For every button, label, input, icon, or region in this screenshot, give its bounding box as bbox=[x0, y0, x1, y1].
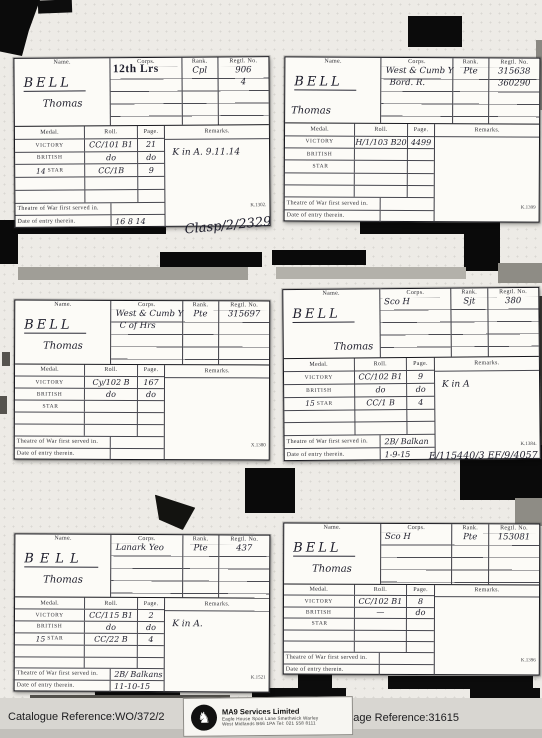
corps-value-1: West & Cumb Y bbox=[386, 66, 454, 76]
regimental-number-field: Regtl. No. 315697 bbox=[219, 301, 269, 364]
victory-roll-value: CC/102 B1 bbox=[359, 372, 403, 381]
star-prefix-value: 14 bbox=[36, 166, 46, 175]
map-services-logo: ♞ MA9 Services Limited Eagle House Spon … bbox=[183, 696, 353, 737]
victory-page-value: 21 bbox=[146, 140, 156, 149]
british-roll-value: — bbox=[376, 608, 384, 617]
corps-field: Corps. West & Cumb Y Bord. R. bbox=[381, 58, 453, 124]
victory-label: VICTORY bbox=[305, 374, 333, 380]
british-roll-value: do bbox=[106, 153, 116, 162]
date-entry-label: Date of entry therein. bbox=[18, 218, 76, 225]
star-page-value: 4 bbox=[418, 398, 423, 407]
medal-table: Medal. Roll. Page. VICTORY CC/101 B1 21 … bbox=[15, 126, 166, 228]
regtl-no-label: Regtl. No. bbox=[219, 302, 269, 309]
name-field: Name. BELL Thomas bbox=[284, 524, 381, 584]
remarks-label: Remarks. bbox=[474, 360, 499, 367]
theatre-of-war-row: Theatre of War first served in. bbox=[285, 198, 434, 211]
corps-label: Corps. bbox=[382, 59, 452, 66]
victory-medal-row: VICTORY Cy/102 B 167 bbox=[15, 377, 164, 389]
date-entry-value: 11-10-15 bbox=[114, 682, 150, 691]
remarks-column: Remarks. K in A E/115440/3 EF/9/4057 K.1… bbox=[435, 357, 540, 460]
logo-text: MA9 Services Limited Eagle House Spon La… bbox=[222, 706, 352, 726]
date-of-entry-row: Date of entry therein. bbox=[284, 664, 434, 675]
medal-section: Medal. Roll. Page. VICTORY H/1/103 B20 4… bbox=[285, 124, 540, 223]
british-label: BRITISH bbox=[307, 151, 333, 157]
page-label: Page. bbox=[144, 367, 159, 374]
scan-artifact bbox=[18, 267, 248, 280]
date-of-entry-row: Date of entry therein. bbox=[285, 210, 434, 222]
date-entry-label: Date of entry therein. bbox=[286, 666, 344, 673]
british-label: BRITISH bbox=[37, 155, 63, 161]
rank-label: Rank. bbox=[453, 525, 488, 532]
victory-medal-row: VICTORY H/1/103 B20 4499 bbox=[285, 136, 434, 149]
victory-label: VICTORY bbox=[35, 379, 63, 385]
blank-row bbox=[15, 177, 164, 191]
name-label: Name. bbox=[15, 535, 110, 542]
scan-artifact bbox=[272, 250, 366, 265]
victory-roll-value: CC/102 B1 bbox=[358, 597, 402, 606]
scan-artifact bbox=[276, 267, 466, 279]
star-label: STAR bbox=[47, 636, 63, 642]
date-entry-label: Date of entry therein. bbox=[287, 212, 345, 219]
british-label: BRITISH bbox=[37, 391, 63, 397]
star-roll-value: CC/22 B bbox=[94, 635, 128, 644]
british-label: BRITISH bbox=[37, 624, 63, 630]
rank-label: Rank. bbox=[452, 289, 487, 296]
page-label: Page. bbox=[144, 129, 159, 136]
victory-page-value: 167 bbox=[143, 378, 158, 387]
star-page-value: 9 bbox=[149, 166, 154, 175]
victory-label: VICTORY bbox=[305, 139, 333, 145]
remarks-label: Remarks. bbox=[474, 588, 499, 595]
regimental-number-field: Regtl. No. 906 4 bbox=[218, 57, 269, 125]
page-label: Page. bbox=[413, 587, 428, 594]
star-label: STAR bbox=[48, 168, 64, 174]
blank-row bbox=[15, 425, 164, 437]
blank-row bbox=[15, 413, 164, 425]
card-print-code: K.1384. bbox=[520, 442, 536, 447]
medal-table: Medal. Roll. Page. VICTORY CC/115 B1 2 B… bbox=[15, 598, 166, 692]
british-medal-row: BRITISH do do bbox=[15, 389, 164, 401]
name-field: Name. BELL Thomas bbox=[15, 534, 112, 597]
date-entry-label: Date of entry therein. bbox=[17, 683, 75, 690]
corps-label: Corps. bbox=[112, 536, 182, 543]
forename-value: Thomas bbox=[334, 341, 374, 352]
page-label: Page. bbox=[144, 601, 159, 608]
card-header: Name. BELL Thomas Corps. West & Cumb Y C… bbox=[15, 301, 269, 366]
british-page-value: do bbox=[146, 153, 156, 162]
medal-table: Medal. Roll. Page. VICTORY CC/102 B1 9 B… bbox=[284, 358, 436, 461]
rank-field: Rank. Pte bbox=[453, 58, 489, 123]
name-field: Name. BELL Thomas bbox=[14, 58, 111, 126]
surname-value: BELL bbox=[24, 551, 98, 567]
medal-index-card: Name. BELL Thomas Corps. Sco H Rank. Pte… bbox=[283, 523, 541, 676]
name-field: Name. BELL Thomas bbox=[285, 57, 382, 123]
remarks-value: K in A. 9.11.14 bbox=[172, 147, 240, 157]
card-print-code: X.1380 bbox=[251, 443, 266, 448]
surname-value: BELL bbox=[292, 306, 354, 323]
medal-table: Medal. Roll. Page. VICTORY H/1/103 B20 4… bbox=[285, 124, 436, 223]
remarks-label: Remarks. bbox=[475, 127, 500, 134]
company-address-line2: West Midlands B66 1PA Tel: 021 558 8111 bbox=[222, 720, 352, 726]
date-of-entry-row: Date of entry therein. 16 8 14 bbox=[16, 215, 165, 228]
roll-label: Roll. bbox=[374, 126, 387, 133]
corps-field: Corps. Sco H bbox=[380, 289, 452, 358]
regtl-no-value-2: 4 bbox=[218, 77, 268, 87]
british-page-value: do bbox=[146, 623, 156, 632]
forename-value: Thomas bbox=[43, 341, 83, 352]
scan-artifact bbox=[515, 498, 542, 526]
date-of-entry-row: Date of entry therein. 11-10-15 bbox=[15, 681, 164, 693]
surname-value: BELL bbox=[293, 541, 355, 557]
blank-row bbox=[15, 190, 164, 204]
victory-medal-row: VICTORY CC/101 B1 21 bbox=[15, 139, 164, 153]
medal-index-card: Name. BELL Thomas Corps. West & Cumb Y C… bbox=[14, 300, 271, 461]
medal-table-header: Medal. Roll. Page. bbox=[15, 598, 164, 611]
victory-roll-value: CC/115 B1 bbox=[89, 611, 133, 620]
surname-value: BELL bbox=[24, 75, 86, 91]
date-of-entry-row: Date of entry therein. 1-9-15 bbox=[285, 448, 435, 461]
theatre-label: Theatre of War first served in. bbox=[17, 671, 98, 678]
theatre-label: Theatre of War first served in. bbox=[286, 655, 367, 662]
star-label: STAR bbox=[317, 400, 333, 406]
medal-label: Medal. bbox=[309, 361, 328, 368]
victory-roll-value: Cy/102 B bbox=[92, 378, 129, 387]
theatre-label: Theatre of War first served in. bbox=[287, 200, 368, 207]
corps-value-2: Bord. R. bbox=[390, 78, 425, 88]
name-field: Name. BELL Thomas bbox=[283, 289, 380, 358]
star-medal-row: 15STAR CC/22 B 4 bbox=[15, 633, 164, 646]
extra-annotation: E/115440/3 EF/9/4057 bbox=[429, 450, 538, 462]
rank-value: Pte bbox=[453, 66, 488, 76]
rank-label: Rank. bbox=[453, 59, 488, 66]
remarks-value: K in A bbox=[442, 379, 470, 389]
card-print-code: K.1302. bbox=[250, 203, 266, 208]
image-reference: Image Reference:31615 bbox=[341, 712, 459, 724]
corps-value-1: West & Cumb Y bbox=[116, 309, 184, 319]
regtl-no-label: Regtl. No. bbox=[218, 58, 268, 65]
forename-value: Thomas bbox=[43, 98, 83, 109]
card-header: Name. BELL Thomas Corps. West & Cumb Y B… bbox=[285, 57, 539, 125]
medal-label: Medal. bbox=[310, 126, 329, 133]
regtl-no-value-1: 380 bbox=[488, 296, 538, 306]
medal-section: Medal. Roll. Page. VICTORY CC/115 B1 2 B… bbox=[15, 598, 269, 693]
medal-index-card: Name. BELL Thomas Corps. Sco H Rank. Sjt… bbox=[282, 287, 540, 461]
british-page-value: do bbox=[416, 385, 426, 394]
british-roll-value: do bbox=[106, 390, 116, 399]
remarks-column: Remarks. K.1399 bbox=[435, 124, 539, 222]
scan-artifact bbox=[2, 352, 10, 366]
medal-label: Medal. bbox=[40, 367, 59, 374]
corps-label: Corps. bbox=[380, 290, 451, 297]
victory-page-value: 2 bbox=[148, 611, 153, 620]
rank-value: Pte bbox=[453, 532, 488, 542]
medal-table-header: Medal. Roll. Page. bbox=[285, 124, 434, 137]
rank-field: Rank. Sjt bbox=[452, 288, 489, 356]
star-medal-row: 15STAR CC/1 B 4 bbox=[284, 396, 434, 410]
roll-label: Roll. bbox=[104, 367, 117, 374]
corps-field: Corps. Sco H bbox=[381, 524, 453, 584]
regimental-number-field: Regtl. No. 437 bbox=[219, 535, 270, 598]
corps-value-1: Lanark Yeo bbox=[116, 543, 164, 553]
rank-value: Cpl bbox=[182, 65, 217, 75]
scan-artifact bbox=[408, 16, 462, 47]
star-roll-value: CC/1B bbox=[98, 166, 124, 175]
date-entry-value: 16 8 14 bbox=[115, 217, 146, 226]
date-of-entry-row: Date of entry therein. bbox=[15, 449, 164, 460]
theatre-of-war-row: Theatre of War first served in. 2B/ Balk… bbox=[15, 669, 164, 682]
name-label: Name. bbox=[285, 58, 380, 65]
theatre-label: Theatre of War first served in. bbox=[17, 439, 98, 446]
scan-artifact bbox=[245, 468, 295, 513]
blank-row bbox=[285, 185, 434, 198]
page-label: Page. bbox=[414, 127, 429, 134]
roll-label: Roll. bbox=[104, 129, 117, 136]
remarks-column: Remarks. K.1396 bbox=[435, 585, 539, 675]
surname-value: BELL bbox=[24, 318, 86, 334]
corps-label: Corps. bbox=[112, 302, 182, 309]
corps-value-2: C of Hrs bbox=[120, 321, 156, 331]
medal-table-header: Medal. Roll. Page. bbox=[284, 585, 434, 597]
remarks-label: Remarks. bbox=[205, 601, 230, 608]
theatre-value: 2B/ Balkans bbox=[114, 670, 162, 679]
medal-index-card: Name. BELL Thomas Corps. West & Cumb Y B… bbox=[284, 56, 541, 222]
name-label: Name. bbox=[14, 59, 109, 66]
medal-table-header: Medal. Roll. Page. bbox=[284, 358, 434, 372]
british-medal-row: BRITISH — do bbox=[284, 607, 434, 619]
remarks-label: Remarks. bbox=[204, 129, 229, 136]
victory-page-value: 4499 bbox=[411, 138, 431, 147]
date-entry-label: Date of entry therein. bbox=[17, 451, 75, 458]
british-page-value: do bbox=[416, 608, 426, 617]
british-medal-row: BRITISH bbox=[285, 148, 434, 161]
blank-row bbox=[284, 409, 434, 423]
remarks-value: K in A. bbox=[172, 619, 203, 629]
medal-label: Medal. bbox=[40, 600, 59, 607]
rank-field: Rank. Pte bbox=[183, 301, 219, 364]
remarks-label: Remarks. bbox=[205, 368, 230, 375]
british-medal-row: BRITISH do do bbox=[284, 384, 434, 398]
medal-index-card: Name. BELL Thomas Corps. 12th Lrs Rank. … bbox=[13, 56, 270, 228]
british-roll-value: do bbox=[376, 385, 386, 394]
blank-row bbox=[285, 173, 434, 186]
medal-table-header: Medal. Roll. Page. bbox=[15, 365, 164, 377]
date-entry-label: Date of entry therein. bbox=[287, 451, 345, 458]
british-roll-value: do bbox=[106, 623, 116, 632]
name-label: Name. bbox=[15, 302, 110, 309]
medal-table-header: Medal. Roll. Page. bbox=[15, 126, 164, 140]
corps-field: Corps. 12th Lrs bbox=[111, 58, 183, 126]
medal-section: Medal. Roll. Page. VICTORY Cy/102 B 167 … bbox=[15, 365, 269, 461]
victory-medal-row: VICTORY CC/102 B1 9 bbox=[284, 371, 434, 385]
regtl-no-value-1: 315638 bbox=[489, 66, 539, 76]
regtl-no-label: Regtl. No. bbox=[489, 59, 539, 66]
blank-row bbox=[284, 641, 434, 653]
medal-label: Medal. bbox=[40, 129, 59, 136]
star-medal-row: STAR bbox=[285, 161, 434, 174]
british-label: BRITISH bbox=[306, 610, 332, 616]
scan-artifact bbox=[360, 221, 468, 234]
roll-label: Roll. bbox=[374, 361, 387, 368]
rank-value: Pte bbox=[183, 309, 218, 319]
star-prefix-value: 15 bbox=[305, 399, 315, 408]
medal-label: Medal. bbox=[309, 587, 328, 594]
medal-table: Medal. Roll. Page. VICTORY CC/102 B1 8 B… bbox=[284, 585, 435, 676]
star-label: STAR bbox=[312, 163, 328, 169]
rank-label: Rank. bbox=[183, 536, 218, 543]
rank-field: Rank. Pte bbox=[183, 535, 219, 598]
regimental-number-field: Regtl. No. 153081 bbox=[489, 524, 540, 584]
british-page-value: do bbox=[146, 390, 156, 399]
regtl-no-label: Regtl. No. bbox=[489, 525, 539, 532]
date-entry-value: 1-9-15 bbox=[385, 450, 411, 459]
rank-field: Rank. Pte bbox=[452, 524, 488, 584]
roll-label: Roll. bbox=[374, 587, 387, 594]
medal-table: Medal. Roll. Page. VICTORY Cy/102 B 167 … bbox=[15, 365, 166, 460]
regtl-no-label: Regtl. No. bbox=[488, 289, 538, 296]
remarks-column: Remarks. K in A. K.1521 bbox=[165, 599, 269, 693]
victory-medal-row: VICTORY CC/115 B1 2 bbox=[15, 610, 164, 623]
regimental-number-field: Regtl. No. 380 bbox=[488, 288, 539, 356]
card-header: Name. BELL Thomas Corps. Lanark Yeo Rank… bbox=[15, 534, 269, 599]
page-label: Page. bbox=[413, 360, 428, 367]
star-label: STAR bbox=[312, 621, 328, 627]
regtl-no-value-1: 153081 bbox=[489, 532, 539, 542]
theatre-value: 2B/ Balkan bbox=[384, 437, 428, 446]
remarks-column: Remarks. K in A. 9.11.14 Clasp/2/2329 K.… bbox=[165, 125, 269, 227]
medal-section: Medal. Roll. Page. VICTORY CC/101 B1 21 … bbox=[15, 125, 270, 228]
blank-row bbox=[284, 422, 434, 436]
theatre-of-war-row: Theatre of War first served in. 2B/ Balk… bbox=[285, 435, 435, 449]
victory-label: VICTORY bbox=[35, 612, 63, 618]
forename-value: Thomas bbox=[312, 564, 352, 575]
card-header: Name. BELL Thomas Corps. Sco H Rank. Sjt… bbox=[283, 288, 539, 359]
forename-value: Thomas bbox=[43, 574, 83, 585]
card-print-code: K.1521 bbox=[251, 676, 266, 681]
scanned-document-page: Name. BELL Thomas Corps. 12th Lrs Rank. … bbox=[0, 0, 542, 738]
rank-value: Sjt bbox=[452, 296, 487, 306]
blank-row bbox=[284, 630, 434, 642]
medal-section: Medal. Roll. Page. VICTORY CC/102 B1 8 B… bbox=[284, 585, 539, 676]
victory-label: VICTORY bbox=[305, 598, 333, 604]
star-label: STAR bbox=[42, 403, 58, 409]
corps-label: Corps. bbox=[381, 525, 452, 532]
star-prefix-value: 15 bbox=[36, 634, 46, 643]
surname-value: BELL bbox=[294, 74, 356, 90]
theatre-label: Theatre of War first served in. bbox=[287, 438, 368, 445]
remarks-column: Remarks. X.1380 bbox=[165, 365, 269, 460]
scan-artifact bbox=[38, 0, 72, 14]
card-print-code: K.1399 bbox=[521, 206, 536, 211]
medal-section: Medal. Roll. Page. VICTORY CC/102 B1 9 B… bbox=[284, 357, 540, 461]
blank-row bbox=[15, 657, 164, 670]
theatre-of-war-row: Theatre of War first served in. bbox=[15, 437, 164, 449]
victory-label: VICTORY bbox=[35, 142, 63, 148]
corps-value-1: Sco H bbox=[384, 297, 410, 307]
name-field: Name. BELL Thomas bbox=[15, 301, 112, 365]
scan-artifact bbox=[160, 252, 262, 267]
scan-artifact bbox=[464, 221, 500, 271]
scan-artifact bbox=[0, 0, 40, 56]
victory-roll-value: CC/101 B1 bbox=[89, 140, 133, 149]
blank-row bbox=[15, 645, 164, 658]
regtl-no-value-1: 437 bbox=[219, 543, 269, 553]
theatre-label: Theatre of War first served in. bbox=[17, 205, 98, 212]
card-header: Name. BELL Thomas Corps. 12th Lrs Rank. … bbox=[14, 57, 268, 127]
corps-value-1: Sco H bbox=[385, 532, 411, 542]
regtl-no-value-2: 360290 bbox=[489, 78, 539, 88]
extra-annotation: Clasp/2/2329 bbox=[184, 214, 272, 237]
british-label: BRITISH bbox=[306, 387, 332, 393]
regimental-number-field: Regtl. No. 315638 360290 bbox=[489, 58, 540, 123]
victory-roll-value: H/1/103 B20 bbox=[355, 137, 406, 146]
rank-label: Rank. bbox=[182, 58, 217, 65]
regtl-no-value-1: 315697 bbox=[219, 309, 269, 319]
card-header: Name. BELL Thomas Corps. Sco H Rank. Pte… bbox=[284, 524, 539, 586]
star-roll-value: CC/1 B bbox=[366, 398, 395, 407]
star-page-value: 4 bbox=[148, 635, 153, 644]
theatre-of-war-row: Theatre of War first served in. bbox=[15, 202, 164, 216]
british-medal-row: BRITISH do do bbox=[15, 621, 164, 634]
rank-label: Rank. bbox=[183, 302, 218, 309]
card-print-code: K.1396 bbox=[521, 658, 536, 663]
scan-artifact bbox=[498, 263, 542, 283]
star-medal-row: STAR bbox=[284, 619, 434, 631]
theatre-of-war-row: Theatre of War first served in. bbox=[284, 653, 434, 665]
name-label: Name. bbox=[283, 290, 379, 297]
corps-value-1: 12th Lrs bbox=[113, 63, 159, 75]
regtl-no-value-1: 906 bbox=[218, 65, 268, 75]
victory-page-value: 8 bbox=[418, 597, 423, 606]
british-medal-row: BRITISH do do bbox=[15, 151, 164, 165]
victory-page-value: 9 bbox=[418, 372, 423, 381]
regtl-no-label: Regtl. No. bbox=[219, 536, 269, 543]
forename-value: Thomas bbox=[291, 105, 331, 116]
star-medal-row: STAR bbox=[15, 401, 164, 413]
scan-artifact bbox=[0, 396, 7, 414]
name-label: Name. bbox=[284, 525, 380, 532]
corps-field: Corps. West & Cumb Y C of Hrs bbox=[111, 301, 183, 364]
roll-label: Roll. bbox=[104, 600, 117, 607]
catalogue-reference: Catalogue Reference:WO/372/2 bbox=[8, 711, 165, 723]
star-medal-row: 14STAR CC/1B 9 bbox=[15, 164, 164, 178]
rank-field: Rank. Cpl bbox=[182, 57, 219, 124]
victory-medal-row: VICTORY CC/102 B1 8 bbox=[284, 596, 434, 608]
rank-value: Pte bbox=[183, 543, 218, 553]
eagle-emblem-icon: ♞ bbox=[191, 704, 217, 730]
corps-field: Corps. Lanark Yeo bbox=[111, 535, 183, 598]
medal-index-card: Name. BELL Thomas Corps. Lanark Yeo Rank… bbox=[14, 533, 271, 692]
scan-artifact bbox=[150, 495, 197, 532]
